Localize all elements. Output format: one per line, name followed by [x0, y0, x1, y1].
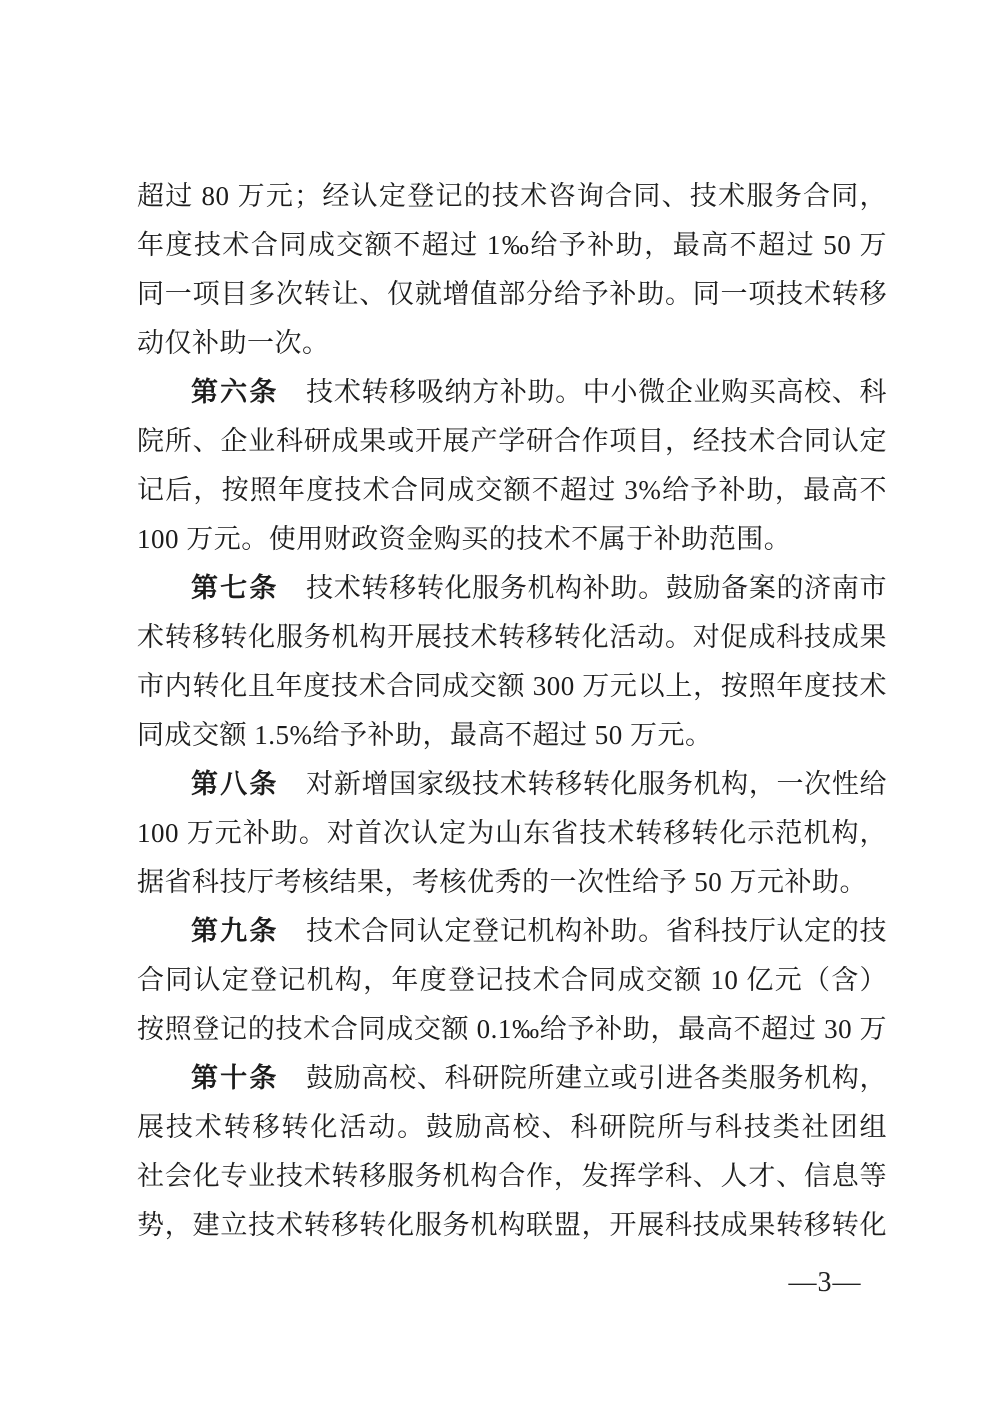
document-line: 年度技术合同成交额不超过 1‰给予补助，最高不超过 50 万元。	[137, 221, 887, 270]
document-line: 市内转化且年度技术合同成交额 300 万元以上，按照年度技术合	[137, 662, 887, 711]
line-text: 术转移转化服务机构开展技术转移转化活动。对促成科技成果在	[137, 622, 887, 662]
line-text: 100 万元。使用财政资金购买的技术不属于补助范围。	[137, 524, 791, 554]
line-text: 对新增国家级技术转移转化服务机构，一次性给予	[191, 769, 887, 809]
line-text: 市内转化且年度技术合同成交额 300 万元以上，按照年度技术合	[137, 671, 887, 711]
line-text: 社会化专业技术转移服务机构合作，发挥学科、人才、信息等优	[137, 1161, 887, 1201]
article-line: 第六条 技术转移吸纳方补助。中小微企业购买高校、科研	[137, 368, 887, 417]
line-text: 合同认定登记机构，年度登记技术合同成交额 10 亿元（含）以上，	[137, 965, 887, 1005]
article-number: 第九条	[191, 916, 279, 946]
page-number: —3—	[740, 1262, 910, 1304]
line-text: 技术转移吸纳方补助。中小微企业购买高校、科研	[191, 377, 887, 417]
article-number: 第七条	[191, 573, 279, 603]
document-line: 势，建立技术转移转化服务机构联盟，开展科技成果转移转化活	[137, 1201, 887, 1250]
line-text: 技术合同认定登记机构补助。省科技厅认定的技术	[191, 916, 887, 956]
line-text: 院所、企业科研成果或开展产学研合作项目，经技术合同认定登	[137, 426, 887, 466]
document-line: 同一项目多次转让、仅就增值部分给予补助。同一项技术转移活	[137, 270, 887, 319]
line-text: 势，建立技术转移转化服务机构联盟，开展科技成果转移转化活	[137, 1210, 887, 1250]
line-text: 年度技术合同成交额不超过 1‰给予补助，最高不超过 50 万元。	[137, 230, 887, 270]
document-body: 超过 80 万元；经认定登记的技术咨询合同、技术服务合同，按照年度技术合同成交额…	[137, 172, 887, 1250]
document-line: 同成交额 1.5%给予补助，最高不超过 50 万元。	[137, 711, 887, 760]
document-line: 记后，按照年度技术合同成交额不超过 3%给予补助，最高不超过	[137, 466, 887, 515]
document-line: 100 万元。使用财政资金购买的技术不属于补助范围。	[137, 515, 887, 564]
document-line: 100 万元补助。对首次认定为山东省技术转移转化示范机构，依	[137, 809, 887, 858]
article-number: 第六条	[191, 377, 279, 407]
document-line: 合同认定登记机构，年度登记技术合同成交额 10 亿元（含）以上，	[137, 956, 887, 1005]
article-line: 第八条 对新增国家级技术转移转化服务机构，一次性给予	[137, 760, 887, 809]
article-line: 第十条 鼓励高校、科研院所建立或引进各类服务机构，开	[137, 1054, 887, 1103]
article-line: 第七条 技术转移转化服务机构补助。鼓励备案的济南市技	[137, 564, 887, 613]
line-text: 100 万元补助。对首次认定为山东省技术转移转化示范机构，依	[137, 818, 887, 858]
line-text: 鼓励高校、科研院所建立或引进各类服务机构，开	[191, 1063, 887, 1103]
line-text: 同一项目多次转让、仅就增值部分给予补助。同一项技术转移活	[137, 279, 887, 319]
line-text: 技术转移转化服务机构补助。鼓励备案的济南市技	[191, 573, 887, 613]
document-line: 术转移转化服务机构开展技术转移转化活动。对促成科技成果在	[137, 613, 887, 662]
line-text: 据省科技厅考核结果，考核优秀的一次性给予 50 万元补助。	[137, 867, 867, 897]
line-text: 按照登记的技术合同成交额 0.1‰给予补助，最高不超过 30 万元。	[137, 1014, 887, 1054]
document-line: 展技术转移转化活动。鼓励高校、科研院所与科技类社团组织、	[137, 1103, 887, 1152]
document-page: 超过 80 万元；经认定登记的技术咨询合同、技术服务合同，按照年度技术合同成交额…	[0, 0, 1000, 1414]
line-text: 展技术转移转化活动。鼓励高校、科研院所与科技类社团组织、	[137, 1112, 887, 1152]
line-text: 动仅补助一次。	[137, 328, 330, 358]
document-line: 超过 80 万元；经认定登记的技术咨询合同、技术服务合同，按照	[137, 172, 887, 221]
document-line: 按照登记的技术合同成交额 0.1‰给予补助，最高不超过 30 万元。	[137, 1005, 887, 1054]
article-line: 第九条 技术合同认定登记机构补助。省科技厅认定的技术	[137, 907, 887, 956]
line-text: 记后，按照年度技术合同成交额不超过 3%给予补助，最高不超过	[137, 475, 887, 515]
document-line: 据省科技厅考核结果，考核优秀的一次性给予 50 万元补助。	[137, 858, 887, 907]
document-line: 院所、企业科研成果或开展产学研合作项目，经技术合同认定登	[137, 417, 887, 466]
article-number: 第八条	[191, 769, 279, 799]
document-line: 动仅补助一次。	[137, 319, 887, 368]
document-line: 社会化专业技术转移服务机构合作，发挥学科、人才、信息等优	[137, 1152, 887, 1201]
line-text: 同成交额 1.5%给予补助，最高不超过 50 万元。	[137, 720, 713, 750]
line-text: 超过 80 万元；经认定登记的技术咨询合同、技术服务合同，按照	[137, 181, 887, 221]
article-number: 第十条	[191, 1063, 279, 1093]
